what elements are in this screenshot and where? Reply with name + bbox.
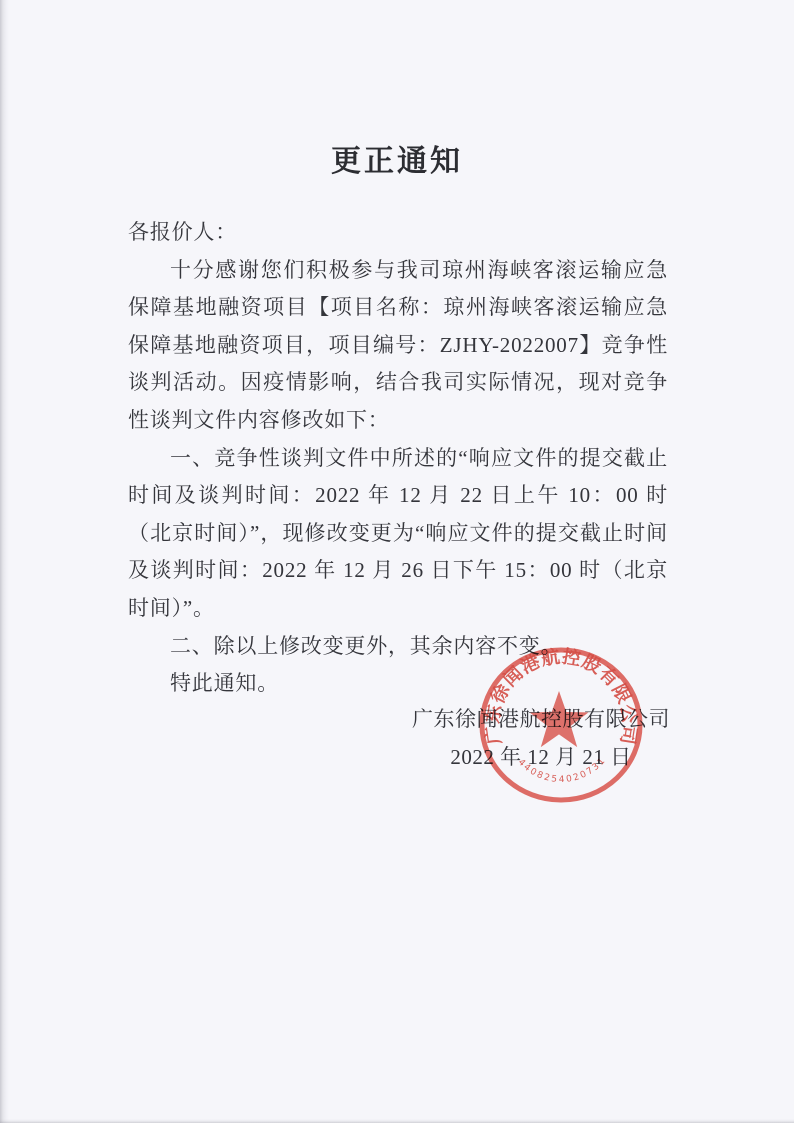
paragraph-change-item-1: 一、竞争性谈判文件中所述的“响应文件的提交截止时间及谈判时间：2022 年 12… <box>128 440 668 628</box>
salutation: 各报价人： <box>128 214 668 252</box>
document-page: 更正通知 各报价人： 十分感谢您们积极参与我司琼州海峡客滚运输应急保障基地融资项… <box>0 0 794 1123</box>
closing-line: 特此通知。 <box>128 665 668 703</box>
signature-company: 广东徐闻港航控股有限公司 <box>412 701 670 739</box>
paragraph-change-item-2: 二、除以上修改变更外，其余内容不变。 <box>128 628 668 666</box>
document-body: 各报价人： 十分感谢您们积极参与我司琼州海峡客滚运输应急保障基地融资项目【项目名… <box>128 214 668 703</box>
page-title: 更正通知 <box>0 136 794 180</box>
signature-block: 广东徐闻港航控股有限公司 2022 年 12 月 21 日 <box>412 701 670 776</box>
scan-edge-bottom <box>0 1119 794 1123</box>
signature-date: 2022 年 12 月 21 日 <box>412 739 670 777</box>
paragraph-project-intro: 十分感谢您们积极参与我司琼州海峡客滚运输应急保障基地融资项目【项目名称：琼州海峡… <box>128 252 668 440</box>
